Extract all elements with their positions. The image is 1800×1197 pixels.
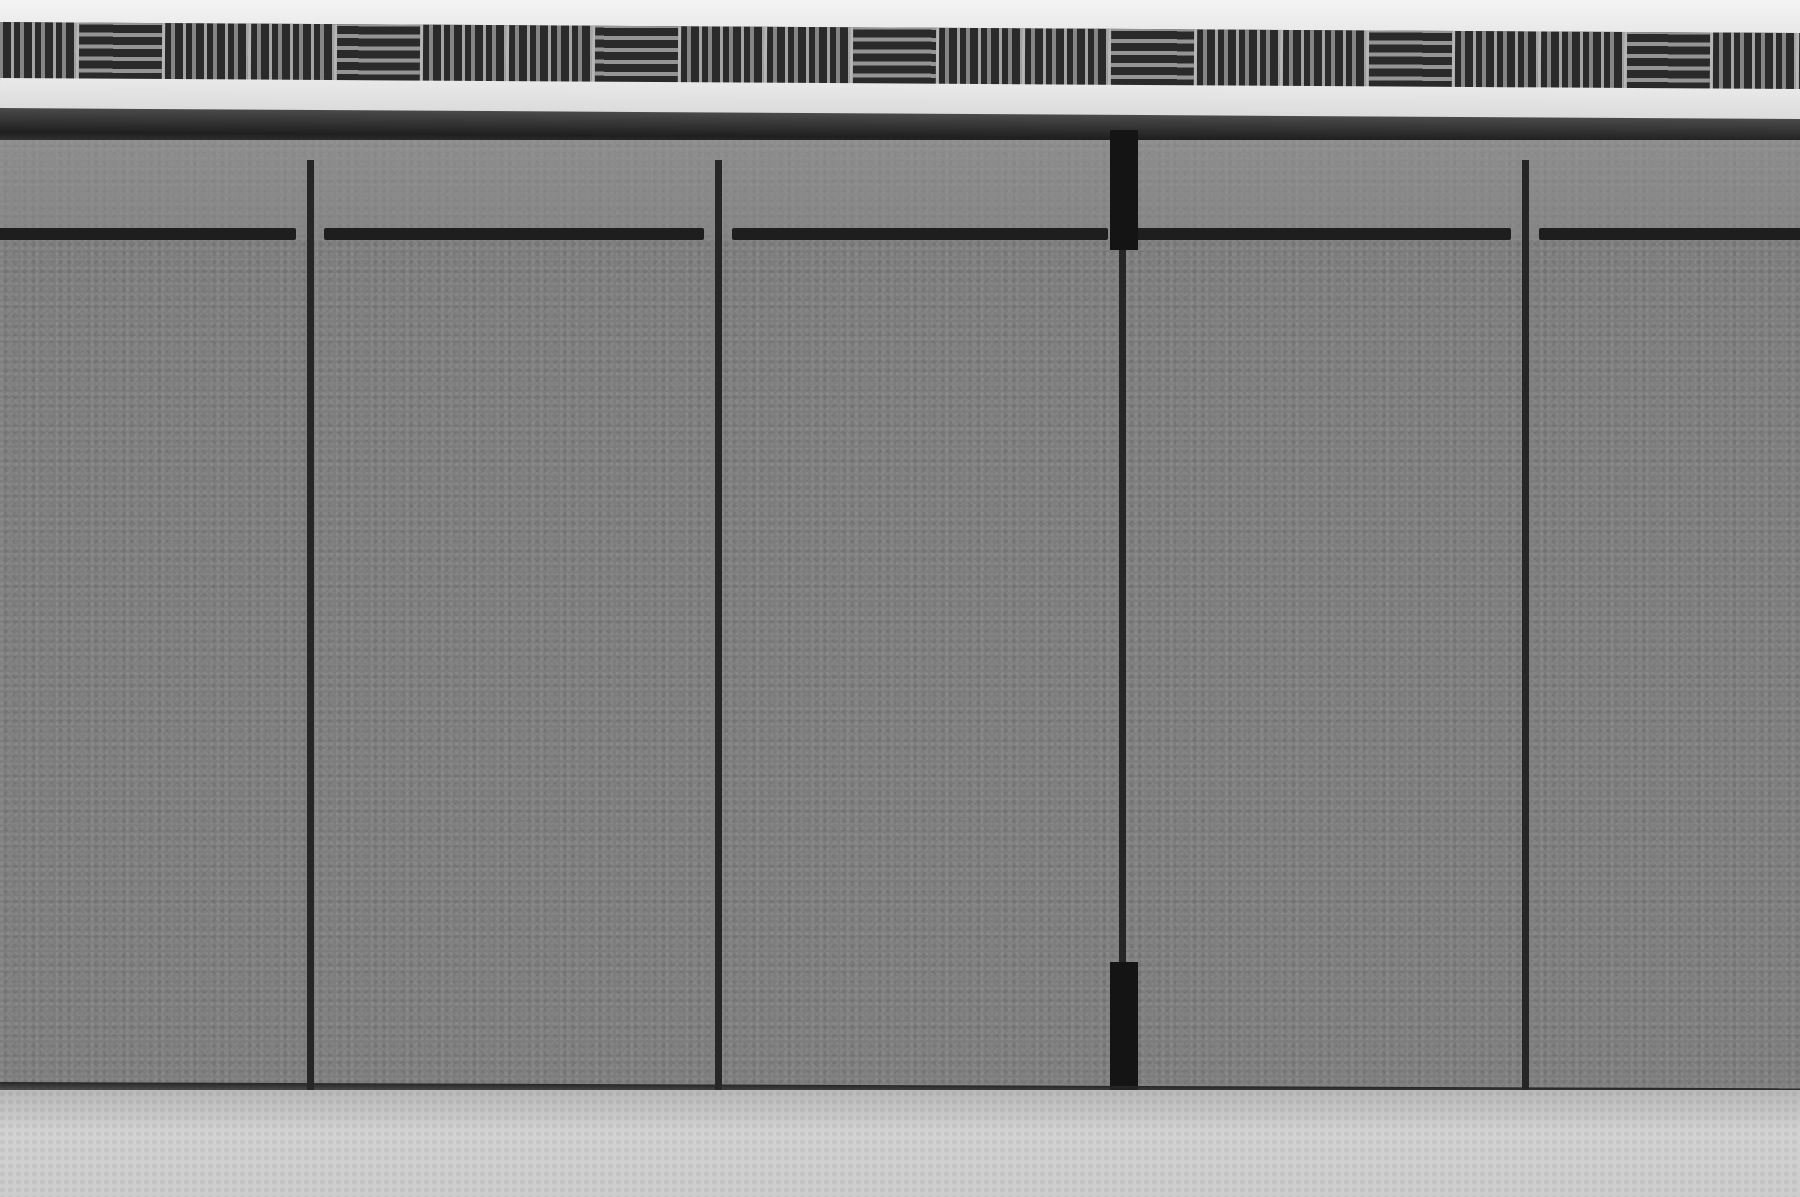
dark-post-top: [1110, 130, 1138, 250]
panel-joint: [1522, 160, 1529, 1100]
panel-joint: [307, 160, 314, 1100]
concrete-panel: [718, 140, 1122, 1100]
railing-segment: [764, 27, 850, 86]
panel-joint: [715, 160, 722, 1100]
railing-segment: [1624, 32, 1710, 91]
railing-segment: [1022, 28, 1108, 87]
concrete-panel: [1525, 140, 1800, 1100]
panel-top-band: [1525, 140, 1800, 240]
panel-groove: [1539, 228, 1800, 240]
panel-groove: [732, 228, 1108, 240]
concrete-panel-wall: [0, 140, 1800, 1100]
railing-segment: [0, 22, 76, 81]
panel-joint: [1119, 160, 1126, 1100]
railing-segment: [162, 23, 248, 82]
railing-segment: [1538, 31, 1624, 90]
dark-post-bottom: [1110, 962, 1138, 1092]
concrete-panel: [0, 140, 310, 1100]
panel-top-band: [0, 140, 310, 240]
pavement: [0, 1090, 1800, 1197]
panel-top-band: [310, 140, 718, 240]
railing-segment: [678, 26, 764, 85]
railing-segment: [76, 23, 162, 82]
panel-top-band: [718, 140, 1122, 240]
railing-segment: [334, 24, 420, 83]
railing-segment: [1194, 29, 1280, 88]
panel-groove: [1136, 228, 1511, 240]
railing-segment: [1366, 30, 1452, 89]
railing-segment: [936, 28, 1022, 87]
railing-segment: [1280, 30, 1366, 89]
panel-groove: [0, 228, 296, 240]
railing-segment: [420, 25, 506, 84]
railing-segment: [1452, 31, 1538, 90]
concrete-panel: [1122, 140, 1525, 1100]
railing-segment: [248, 24, 334, 83]
railing-segment: [1796, 33, 1800, 91]
panel-top-band: [1122, 140, 1525, 240]
railing-segment: [506, 25, 592, 84]
railing-segment: [850, 27, 936, 86]
railing-segment: [592, 26, 678, 85]
railing-segment: [1710, 33, 1796, 92]
concrete-panel: [310, 140, 718, 1100]
photo-scene: [0, 0, 1800, 1197]
panel-groove: [324, 228, 704, 240]
railing-segment: [1108, 29, 1194, 88]
